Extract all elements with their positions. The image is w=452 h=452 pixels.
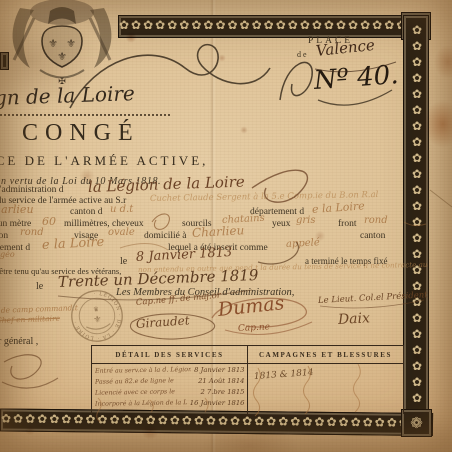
canton-printed: canton d [70, 207, 102, 217]
document-photo: ✿✿✿✿✿✿✿✿✿✿✿✿✿✿✿✿✿✿✿✿✿✿✿✿✿✿ ❁ ✿✿✿✿✿✿✿✿✿✿✿… [0, 0, 452, 452]
signature-daix: Daix [338, 310, 371, 328]
legion-ink-stamp: · LÉGION · DE · LA · LOIRE · ♛ ⚜ [64, 284, 129, 348]
service-date: 8 Janvier 1813 [191, 366, 244, 374]
table-row: Licencié avec ce corps le 2 7.bre 1815 [95, 388, 245, 399]
document-title: CONGÉ [22, 120, 140, 147]
forehead-printed: front [338, 219, 356, 229]
campaigns-header: CAMPAGNES ET BLESSURES [247, 346, 403, 363]
service-entry: Passé au 82.e de ligne le [95, 377, 174, 385]
hair-value-scrawl [152, 214, 169, 229]
paper-crack [430, 190, 452, 207]
table-row: Incorporé à la Légion de la Loire le 16 … [95, 399, 245, 410]
fleur-de-lis-icon: ⚜ [48, 38, 58, 50]
residence-value-handwritten: Charlieu [192, 223, 245, 240]
margin-script-0: géo [0, 250, 15, 259]
greek-border-right: ✿✿✿✿✿✿✿✿✿✿✿✿✿✿✿✿✿✿✿✿✿✿✿✿ [403, 15, 429, 415]
eyes-value-handwritten: gris [296, 215, 316, 226]
campaigns-value-handwritten: 1813 & 1814 [253, 368, 313, 382]
services-header: DÉTAIL DES SERVICES [92, 346, 247, 363]
signature-giraudet: Giraudet [136, 313, 191, 331]
chin-printed: ton [0, 231, 8, 241]
inscription-value-handwritten: appelé [286, 237, 320, 250]
commune-handwritten: harlieu [0, 203, 34, 216]
border-corner-bottom-right: ❁ [401, 409, 432, 437]
chin-value-handwritten: rond [20, 227, 44, 238]
border-fragment-left [0, 52, 9, 70]
date2-le-printed: le [36, 281, 43, 292]
face-value-handwritten: ovale [108, 227, 135, 238]
service-entry: Entré au serv.ce à la d. Légion le [95, 366, 191, 375]
campaigns-column: 1813 & 1814 [248, 364, 404, 414]
royal-coat-of-arms: ⚜ ⚜ ⚜ ✠ [0, 0, 124, 92]
document-subtitle-cut: VICE DE L'ARMÉE ACTIVE, [0, 153, 208, 169]
services-column: Entré au serv.ce à la d. Légion le 8 Jan… [92, 364, 248, 414]
residence-printed: domicilié à [144, 231, 186, 241]
table-row: Passé au 82.e de ligne le 21 Août 1814 [95, 377, 245, 388]
table-row: Entré au serv.ce à la d. Légion le 8 Jan… [95, 366, 245, 377]
fleur-de-lis-icon: ⚜ [66, 38, 76, 50]
document-number-handwritten: Nº 40. [313, 60, 399, 96]
departement2-handwritten: e la Loire [42, 235, 105, 253]
dotted-rule [0, 114, 170, 116]
service-entry: Incorporé à la Légion de la Loire le [95, 399, 187, 408]
margin-script-2: Chef en militaire [0, 314, 60, 325]
eyes-printed: yeux [272, 219, 290, 229]
enlistment-date-handwritten: 8 Janvier 1813 [136, 245, 233, 265]
fleur-de-lis-icon: ⚜ [57, 51, 67, 63]
canton-handwritten: u d.t [110, 204, 133, 215]
admin-line-printed: l d'administration d [0, 185, 63, 195]
service-entry: Licencié avec ce corps le [95, 388, 175, 396]
corps-name-script: gn de la Loire [0, 81, 135, 110]
service-date: 21 Août 1814 [195, 377, 244, 385]
stamp-fleur-icon: ⚜ [93, 315, 103, 326]
table-header-row: DÉTAIL DES SERVICES CAMPAGNES ET BLESSUR… [92, 346, 403, 364]
place-preposition: de [297, 50, 309, 59]
service-date: 16 Janvier 1816 [187, 399, 245, 407]
canton2-printed: canton [360, 231, 385, 241]
height-value-handwritten: 60 [42, 215, 56, 228]
greek-border-top: ✿✿✿✿✿✿✿✿✿✿✿✿✿✿✿✿✿✿✿✿✿✿✿✿✿✿ [118, 15, 404, 38]
services-table: DÉTAIL DES SERVICES CAMPAGNES ET BLESSUR… [91, 345, 404, 414]
margin-general-printed: r général , [0, 336, 38, 347]
departement-handwritten: e la Loire [312, 199, 366, 216]
margin-signature-scrawl [4, 355, 41, 379]
stamp-crown-icon: ♛ [93, 305, 100, 314]
forehead-value-handwritten: rond [364, 215, 388, 226]
service-date: 2 7.bre 1815 [197, 388, 244, 396]
signature-dumas-title: Cap.ne [238, 322, 270, 334]
